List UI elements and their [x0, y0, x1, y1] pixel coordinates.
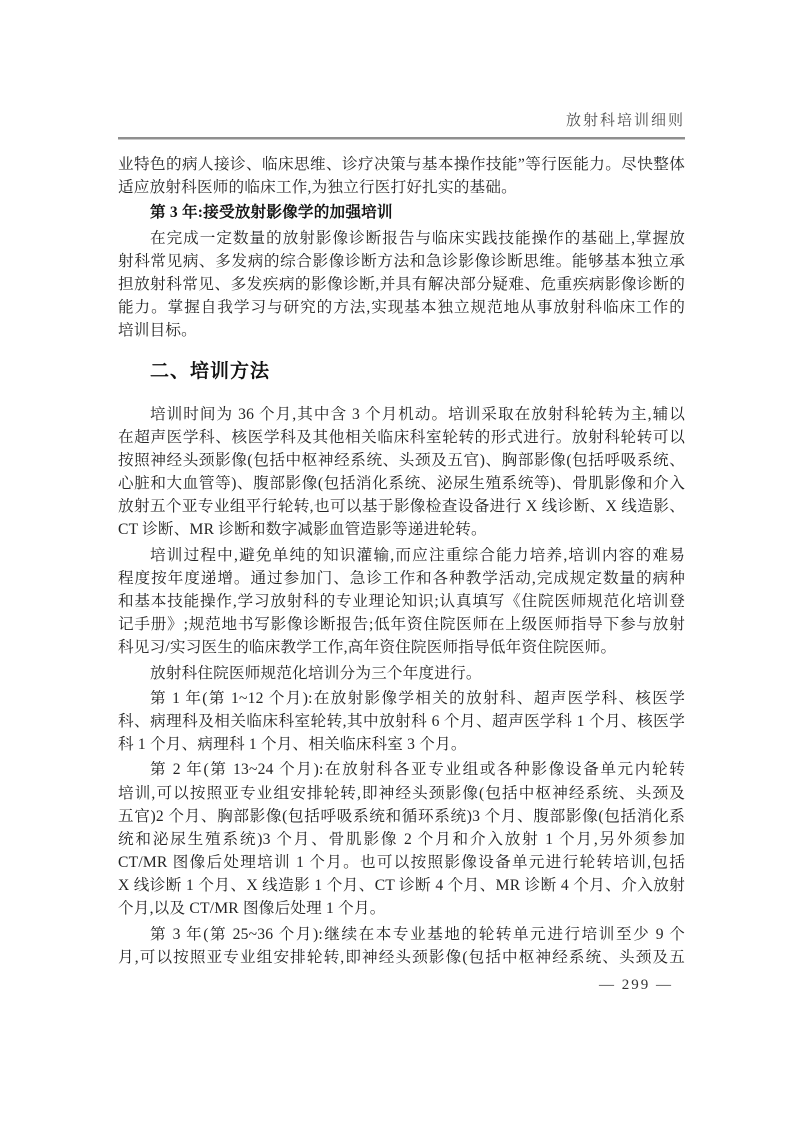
text-line: 按照神经头颈影像(包括中枢神经系统、头颈及五官)、胸部影像(包括呼吸系统、: [118, 449, 685, 472]
text-line: 射科常见病、多发病的综合影像诊断方法和急诊影像诊断思维。能够基本独立承: [118, 250, 685, 273]
text-line: CT 诊断、MR 诊断和数字减影血管造影等递进轮转。: [118, 518, 685, 541]
text-line: 心脏和大血管等)、腹部影像(包括消化系统、泌尿生殖系统等)、骨肌影像和介入: [118, 472, 685, 495]
page-number: — 299 —: [118, 977, 685, 994]
paragraph: 培训时间为 36 个月,其中含 3 个月机动。培训采取在放射科轮转为主,辅以在超…: [118, 403, 685, 542]
document-page: 放射科培训细则 业特色的病人接诊、临床思维、诊疗决策与基本操作技能”等行医能力。…: [0, 0, 800, 1131]
text-line: 科、病理科及相关临床科室轮转,其中放射科 6 个月、超声医学科 1 个月、核医学: [118, 710, 685, 733]
text-line: 培训目标。: [118, 319, 685, 342]
running-header: 放射科培训细则: [118, 109, 685, 130]
text-line: 科见习/实习医生的临床教学工作,高年资住院医师指导低年资住院医师。: [118, 636, 685, 659]
text-line: 统和泌尿生殖系统)3 个月、骨肌影像 2 个月和介入放射 1 个月,另外须参加: [118, 828, 685, 851]
text-line: 在超声医学科、核医学科及其他相关临床科室轮转的形式进行。放射科轮转可以: [118, 426, 685, 449]
text-line: 业特色的病人接诊、临床思维、诊疗决策与基本操作技能”等行医能力。尽快整体: [118, 153, 685, 176]
text-line: 个月,以及 CT/MR 图像后处理 1 个月。: [118, 897, 685, 920]
text-line: 科 1 个月、病理科 1 个月、相关临床科室 3 个月。: [118, 733, 685, 756]
text-line: 培训时间为 36 个月,其中含 3 个月机动。培训采取在放射科轮转为主,辅以: [118, 403, 685, 426]
text-line: 放射科住院医师规范化培训分为三个年度进行。: [118, 662, 685, 685]
header-rule-divider: [118, 137, 685, 140]
text-line: 第 3 年:接受放射影像学的加强培训: [118, 201, 685, 224]
text-line: 培训,可以按照亚专业组安排轮转,即神经头颈影像(包括中枢神经系统、头颈及: [118, 782, 685, 805]
text-line: 能力。掌握自我学习与研究的方法,实现基本独立规范地从事放射科临床工作的: [118, 296, 685, 319]
text-line: 第 2 年(第 13~24 个月):在放射科各亚专业组或各种影像设备单元内轮转: [118, 758, 685, 781]
sub-heading: 第 3 年:接受放射影像学的加强培训: [118, 201, 685, 224]
text-line: 五官)2 个月、胸部影像(包括呼吸系统和循环系统)3 个月、腹部影像(包括消化系: [118, 805, 685, 828]
text-line: 培训过程中,避免单纯的知识灌输,而应注重综合能力培养,培训内容的难易: [118, 544, 685, 567]
text-line: 在完成一定数量的放射影像诊断报告与临床实践技能操作的基础上,掌握放: [118, 227, 685, 250]
paragraph: 放射科住院医师规范化培训分为三个年度进行。: [118, 662, 685, 685]
paragraph: 第 1 年(第 1~12 个月):在放射影像学相关的放射科、超声医学科、核医学科…: [118, 687, 685, 757]
text-line: 担放射科常见、多发疾病的影像诊断,并具有解决部分疑难、危重疾病影像诊断的: [118, 273, 685, 296]
text-line: 月,可以按照亚专业组安排轮转,即神经头颈影像(包括中枢神经系统、头颈及五: [118, 946, 685, 969]
page-body: 业特色的病人接诊、临床思维、诊疗决策与基本操作技能”等行医能力。尽快整体适应放射…: [118, 153, 685, 969]
text-line: 和基本技能操作,学习放射科的专业理论知识;认真填写《住院医师规范化培训登: [118, 590, 685, 613]
section-heading: 二、培训方法: [150, 357, 685, 387]
text-line: 第 3 年(第 25~36 个月):继续在本专业基地的轮转单元进行培训至少 9 …: [118, 923, 685, 946]
paragraph: 第 3 年(第 25~36 个月):继续在本专业基地的轮转单元进行培训至少 9 …: [118, 923, 685, 969]
text-line: 放射五个亚专业组平行轮转,也可以基于影像检查设备进行 X 线诊断、X 线造影、: [118, 495, 685, 518]
paragraph: 在完成一定数量的放射影像诊断报告与临床实践技能操作的基础上,掌握放射科常见病、多…: [118, 227, 685, 343]
paragraph: 培训过程中,避免单纯的知识灌输,而应注重综合能力培养,培训内容的难易程度按年度递…: [118, 544, 685, 660]
paragraph: 第 2 年(第 13~24 个月):在放射科各亚专业组或各种影像设备单元内轮转培…: [118, 758, 685, 920]
text-line: 适应放射科医师的临床工作,为独立行医打好扎实的基础。: [118, 176, 685, 199]
text-line: 第 1 年(第 1~12 个月):在放射影像学相关的放射科、超声医学科、核医学: [118, 687, 685, 710]
text-line: X 线诊断 1 个月、X 线造影 1 个月、CT 诊断 4 个月、MR 诊断 4…: [118, 874, 685, 897]
text-line: CT/MR 图像后处理培训 1 个月。也可以按照影像设备单元进行轮转培训,包括: [118, 851, 685, 874]
text-line: 程度按年度递增。通过参加门、急诊工作和各种教学活动,完成规定数量的病种: [118, 567, 685, 590]
text-line: 记手册》;规范地书写影像诊断报告;低年资住院医师在上级医师指导下参与放射: [118, 613, 685, 636]
paragraph: 业特色的病人接诊、临床思维、诊疗决策与基本操作技能”等行医能力。尽快整体适应放射…: [118, 153, 685, 199]
